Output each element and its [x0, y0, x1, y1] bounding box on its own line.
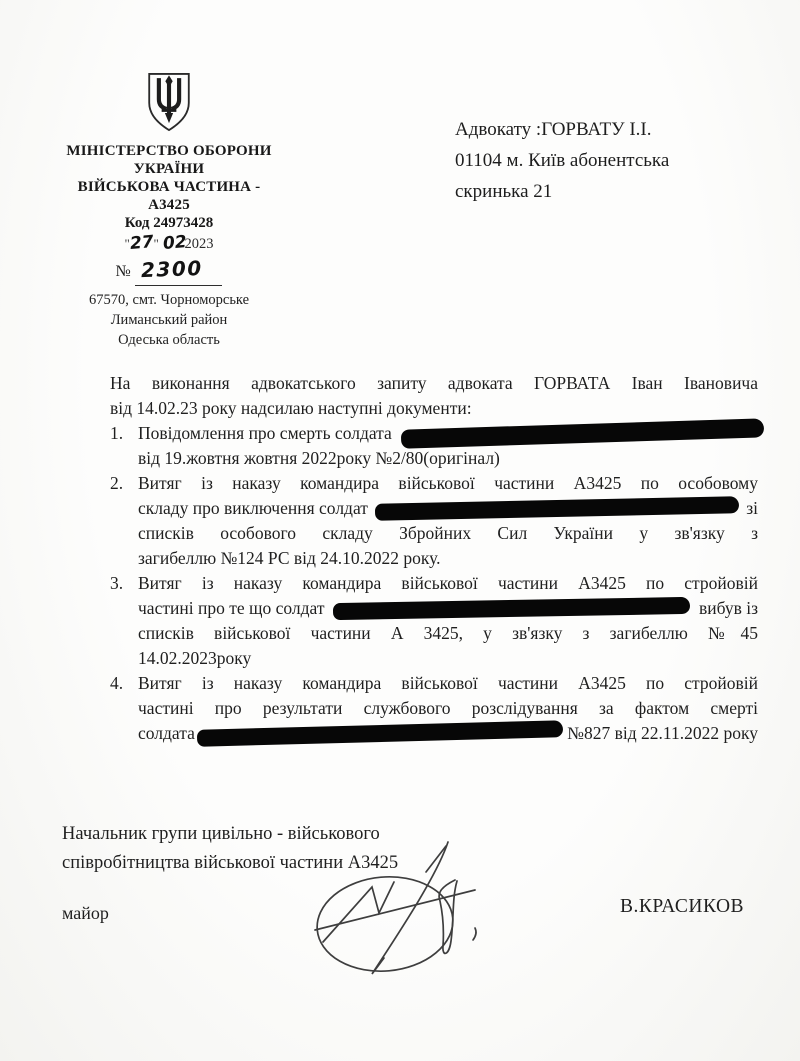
- recipient-block: Адвокату :ГОРВАТУ І.І. 01104 м. Київ або…: [455, 114, 669, 207]
- item2-line3: списків особового складу Збройних Сил Ук…: [138, 521, 758, 546]
- recipient-line-2: 01104 м. Київ абонентська: [455, 145, 669, 176]
- document-number-line: №2300: [58, 257, 280, 286]
- redaction-bar: [401, 418, 765, 448]
- redaction-bar: [333, 597, 690, 620]
- item-number: 3.: [110, 571, 138, 671]
- org-line-2: УКРАЇНИ: [58, 160, 280, 178]
- item3-text-pre: частині про те що солдат: [138, 596, 324, 621]
- sender-address: 67570, смт. Чорноморське Лиманський райо…: [58, 290, 280, 350]
- intro-line-1: На виконання адвокатського запиту адвока…: [110, 371, 758, 396]
- letterhead: МІНІСТЕРСТВО ОБОРОНИ УКРАЇНИ ВІЙСЬКОВА Ч…: [58, 70, 280, 350]
- list-item-3: 3. Витяг із наказу командира військової …: [110, 571, 758, 671]
- item1-text: Повідомлення про смерть солдата: [138, 421, 392, 446]
- handwritten-day: 27: [129, 232, 154, 254]
- item-number: 2.: [110, 471, 138, 571]
- signer-name: В.КРАСИКОВ: [620, 896, 744, 918]
- item4-line2: частині про результати службового розслі…: [138, 696, 758, 721]
- item1-line2: від 19.жовтня жовтня 2022року №2/80(ориг…: [138, 446, 758, 471]
- list-item-1: 1. Повідомлення про смерть солдата від 1…: [110, 421, 758, 471]
- item2-text-post: зі: [746, 496, 758, 521]
- org-line-1: МІНІСТЕРСТВО ОБОРОНИ: [58, 142, 280, 160]
- item4-line1: Витяг із наказу командира військової час…: [138, 671, 758, 696]
- list-item-4: 4. Витяг із наказу командира військової …: [110, 671, 758, 746]
- signer-rank: майор: [62, 903, 109, 924]
- item2-line1: Витяг із наказу командира військової час…: [138, 471, 758, 496]
- handwritten-number: 2300: [140, 256, 202, 282]
- address-line-3: Одеська область: [58, 330, 280, 350]
- item4-text-pre: солдата: [138, 721, 195, 746]
- item-number: 1.: [110, 421, 138, 471]
- letter-body: На виконання адвокатського запиту адвока…: [110, 371, 758, 746]
- emblem-wrap: [58, 70, 280, 134]
- number-label: №: [116, 263, 131, 280]
- item3-line1: Витяг із наказу командира військової час…: [138, 571, 758, 596]
- ukraine-trident-emblem-icon: [146, 70, 192, 134]
- unit-number: А3425: [58, 196, 280, 214]
- item-number: 4.: [110, 671, 138, 746]
- item2-line4: загибеллю №124 РС від 24.10.2022 року.: [138, 546, 758, 571]
- number-underline: 2300: [135, 257, 223, 286]
- scanned-letter-page: МІНІСТЕРСТВО ОБОРОНИ УКРАЇНИ ВІЙСЬКОВА Ч…: [0, 0, 800, 1061]
- printed-year: 2023: [184, 236, 213, 252]
- handwritten-month: 02: [162, 232, 187, 254]
- item4-text-post: №827 від 22.11.2022 року: [567, 721, 758, 746]
- item2-text-pre: складу про виключення солдат: [138, 496, 368, 521]
- item3-line2: частині про те що солдат вибув із: [138, 596, 758, 621]
- item3-text-post: вибув із: [699, 596, 758, 621]
- item1-line1: Повідомлення про смерть солдата: [138, 421, 758, 446]
- recipient-line-3: скринька 21: [455, 176, 669, 207]
- recipient-line-1: Адвокату :ГОРВАТУ І.І.: [455, 114, 669, 145]
- item2-line2: складу про виключення солдат зі: [138, 496, 758, 521]
- org-line-3: ВІЙСЬКОВА ЧАСТИНА -: [58, 178, 280, 196]
- address-line-1: 67570, смт. Чорноморське: [58, 290, 280, 310]
- item4-line3: солдата №827 від 22.11.2022 року: [138, 721, 758, 746]
- unit-code: Код 24973428: [58, 214, 280, 233]
- redaction-bar: [197, 720, 564, 747]
- handwritten-signature: [296, 836, 516, 996]
- date-line: "27"022023: [58, 233, 280, 255]
- address-line-2: Лиманський район: [58, 310, 280, 330]
- item3-line4: 14.02.2023року: [138, 646, 758, 671]
- item3-line3: списків військової частини А 3425, у зв'…: [138, 621, 758, 646]
- intro-line-2: від 14.02.23 року надсилаю наступні доку…: [110, 396, 758, 421]
- redaction-bar: [375, 496, 740, 521]
- list-item-2: 2. Витяг із наказу командира військової …: [110, 471, 758, 571]
